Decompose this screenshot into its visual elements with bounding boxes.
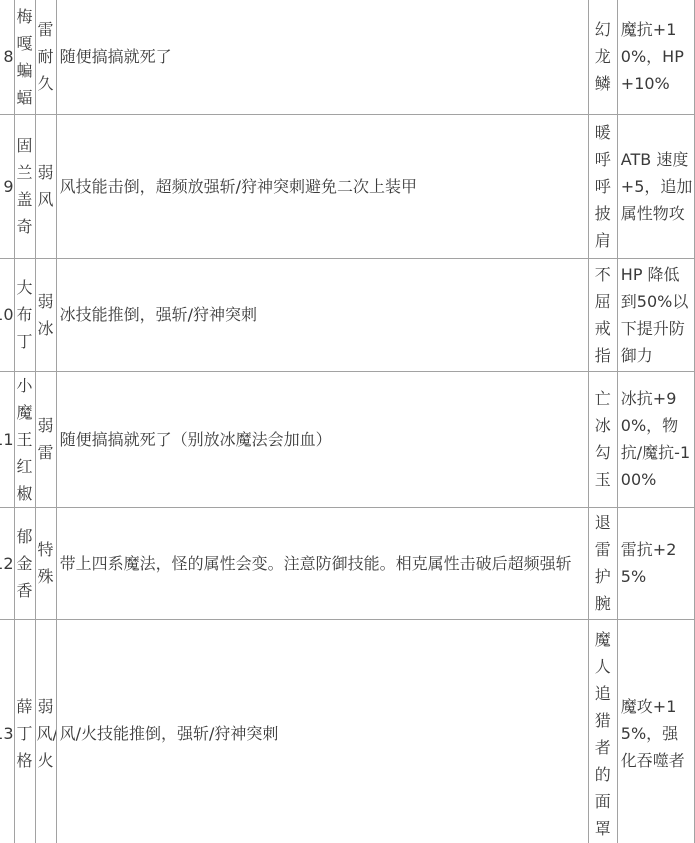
cell-row-number: 12 (0, 507, 14, 619)
table-row: 11 小魔王红椒 弱雷 随便搞搞就死了（别放冰魔法会加血） 亡冰勾玉 冰抗+90… (0, 371, 695, 507)
cell-weakness: 弱雷 (35, 371, 56, 507)
cell-drop-effect: 魔攻+15%，强化吞噬者 (617, 619, 694, 843)
cell-drop-item: 亡冰勾玉 (588, 371, 617, 507)
table-row: 9 固兰盖奇 弱风 风技能击倒，超频放强斩/狩神突刺避免二次上装甲 暖呼呼披肩 … (0, 114, 695, 258)
cell-drop-item: 暖呼呼披肩 (588, 114, 617, 258)
cell-row-number: 10 (0, 258, 14, 371)
cell-strategy: 带上四系魔法，怪的属性会变。注意防御技能。相克属性击破后超频强斩 (56, 507, 588, 619)
cell-row-number: 11 (0, 371, 14, 507)
cell-drop-effect: ATB 速度+5，追加属性物攻 (617, 114, 694, 258)
cell-drop-effect: 魔抗+10%，HP+10% (617, 0, 694, 114)
cell-strategy: 冰技能推倒，强斩/狩神突刺 (56, 258, 588, 371)
cell-drop-item: 退雷护腕 (588, 507, 617, 619)
table-row: 8 梅嘎蝙蝠 雷耐久 随便搞搞就死了 幻龙鳞 魔抗+10%，HP+10% (0, 0, 695, 114)
cell-monster-name: 薛丁格 (14, 619, 35, 843)
cell-strategy: 随便搞搞就死了（别放冰魔法会加血） (56, 371, 588, 507)
cell-monster-name: 梅嘎蝙蝠 (14, 0, 35, 114)
cell-drop-effect: HP 降低到50%以下提升防御力 (617, 258, 694, 371)
cell-weakness: 弱冰 (35, 258, 56, 371)
cell-strategy: 风/火技能推倒，强斩/狩神突刺 (56, 619, 588, 843)
cell-weakness: 弱风 (35, 114, 56, 258)
table-row: 12 郁金香 特殊 带上四系魔法，怪的属性会变。注意防御技能。相克属性击破后超频… (0, 507, 695, 619)
cell-strategy: 随便搞搞就死了 (56, 0, 588, 114)
table-row: 10 大布丁 弱冰 冰技能推倒，强斩/狩神突刺 不屈戒指 HP 降低到50%以下… (0, 258, 695, 371)
cell-monster-name: 小魔王红椒 (14, 371, 35, 507)
cell-drop-item: 魔人追猎者的面罩 (588, 619, 617, 843)
cell-row-number: 9 (0, 114, 14, 258)
cell-row-number: 13 (0, 619, 14, 843)
cell-monster-name: 大布丁 (14, 258, 35, 371)
cell-monster-name: 固兰盖奇 (14, 114, 35, 258)
monster-guide-table: 8 梅嘎蝙蝠 雷耐久 随便搞搞就死了 幻龙鳞 魔抗+10%，HP+10% 9 固… (0, 0, 695, 843)
cell-weakness: 特殊 (35, 507, 56, 619)
cell-weakness: 雷耐久 (35, 0, 56, 114)
cell-weakness: 弱风/火 (35, 619, 56, 843)
cell-drop-effect: 冰抗+90%，物抗/魔抗-100% (617, 371, 694, 507)
table-row: 13 薛丁格 弱风/火 风/火技能推倒，强斩/狩神突刺 魔人追猎者的面罩 魔攻+… (0, 619, 695, 843)
cell-monster-name: 郁金香 (14, 507, 35, 619)
cell-strategy: 风技能击倒，超频放强斩/狩神突刺避免二次上装甲 (56, 114, 588, 258)
cell-row-number: 8 (0, 0, 14, 114)
cell-drop-effect: 雷抗+25% (617, 507, 694, 619)
cell-drop-item: 幻龙鳞 (588, 0, 617, 114)
cell-drop-item: 不屈戒指 (588, 258, 617, 371)
